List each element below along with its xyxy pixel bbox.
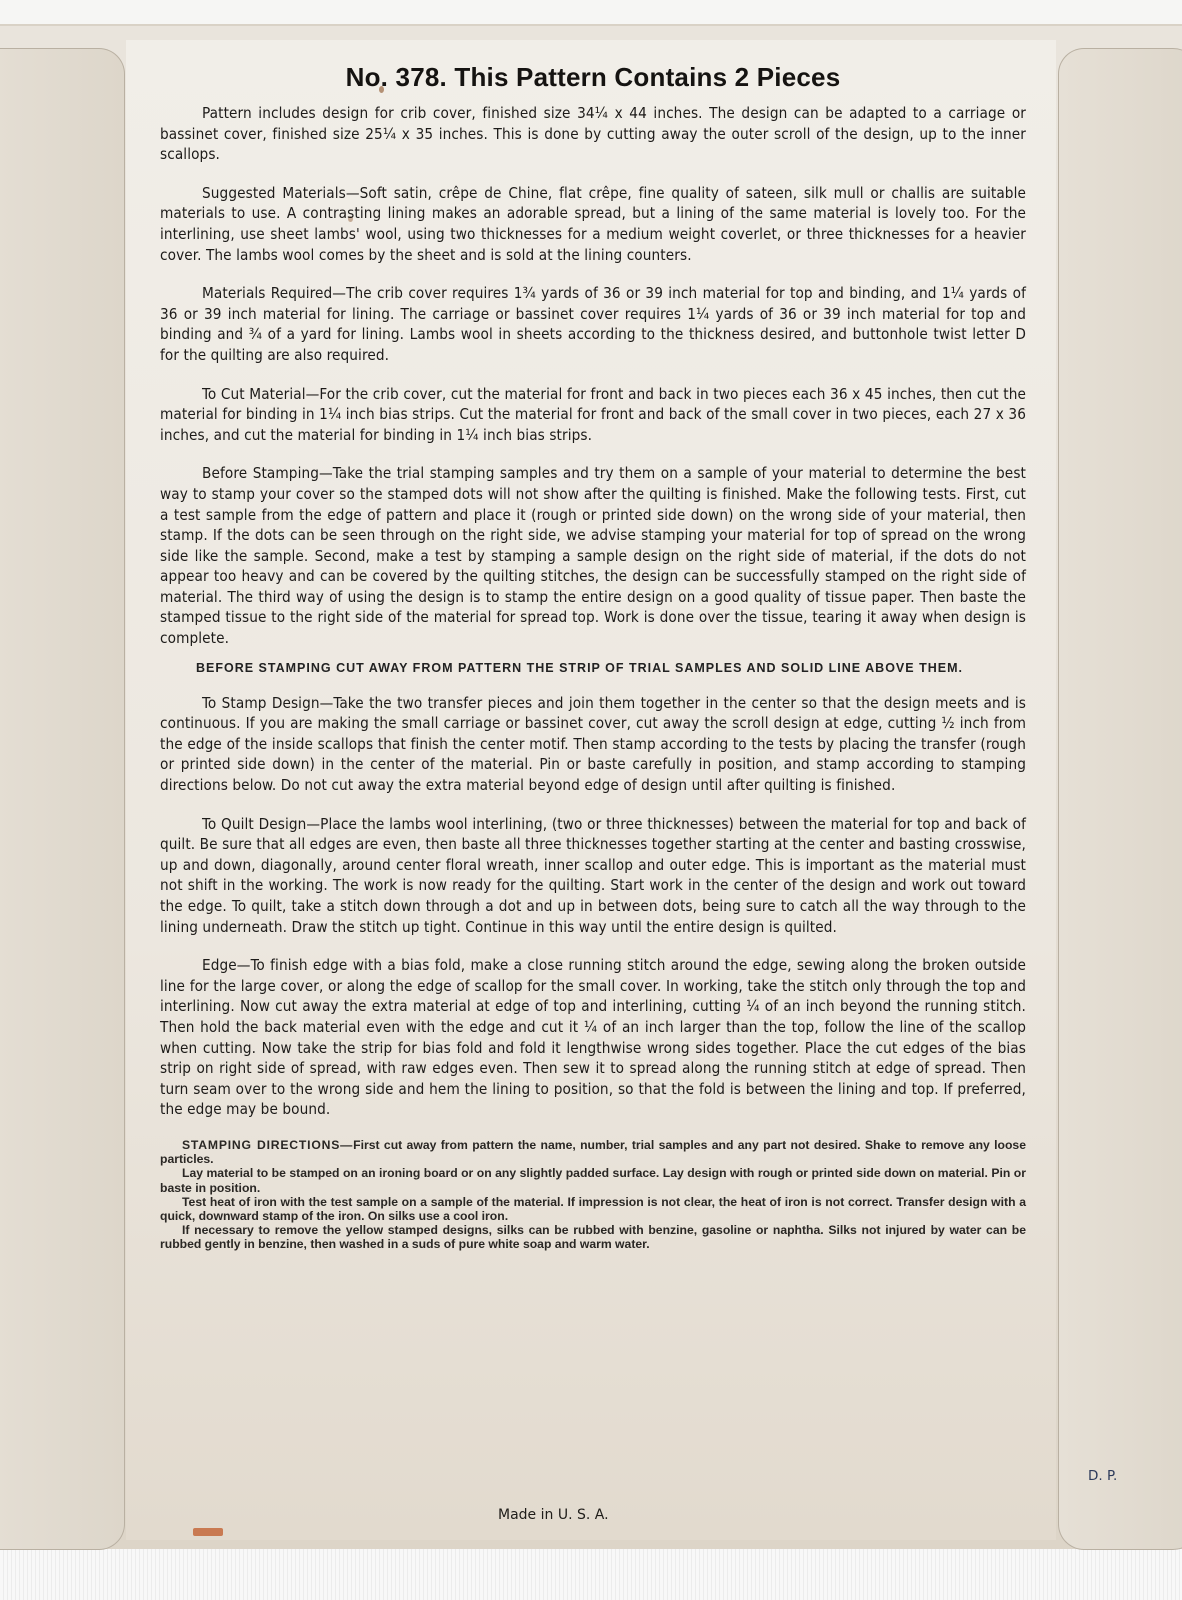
paragraph-heading: To Quilt Design— [202,815,320,833]
paragraph-heading: To Cut Material— [202,385,319,403]
pattern-title: No. 378. This Pattern Contains 2 Pieces [160,62,1026,93]
stamping-directions-heading: STAMPING DIRECTIONS— [182,1138,353,1152]
paragraph-text: Pattern includes design for crib cover, … [160,104,1026,163]
intro-paragraph: Pattern includes design for crib cover, … [160,103,1026,165]
stamp-design-paragraph: To Stamp Design—Take the two transfer pi… [160,693,1026,796]
before-stamping-paragraph: Before Stamping—Take the trial stamping … [160,463,1026,648]
left-envelope-flap [0,48,125,1550]
paragraph-heading: Materials Required— [202,284,346,302]
materials-required-paragraph: Materials Required—The crib cover requir… [160,283,1026,365]
stamping-directions-line: Test heat of iron with the test sample o… [160,1195,1026,1223]
stamping-directions-line: STAMPING DIRECTIONS—First cut away from … [160,1138,1026,1166]
stamping-directions-line: Lay material to be stamped on an ironing… [160,1166,1026,1194]
orange-tab-mark [193,1528,223,1536]
paragraph-heading: Before Stamping— [202,464,333,482]
paragraph-heading: To Stamp Design— [202,694,333,712]
cut-away-notice: BEFORE STAMPING CUT AWAY FROM PATTERN TH… [160,661,1026,675]
right-envelope-flap [1058,48,1182,1550]
edge-paragraph: Edge—To finish edge with a bias fold, ma… [160,955,1026,1120]
stamping-directions: STAMPING DIRECTIONS—First cut away from … [160,1138,1026,1252]
paragraph-text: Take the trial stamping samples and try … [160,464,1026,647]
cut-material-paragraph: To Cut Material—For the crib cover, cut … [160,384,1026,446]
paragraph-text: To finish edge with a bias fold, make a … [160,956,1026,1118]
stamping-directions-line: If necessary to remove the yellow stampe… [160,1223,1026,1251]
suggested-materials-paragraph: Suggested Materials—Soft satin, crêpe de… [160,183,1026,265]
document-body: No. 378. This Pattern Contains 2 Pieces … [160,62,1026,1252]
paragraph-heading: Edge— [202,956,251,974]
made-in-usa-footer: Made in U. S. A. [498,1507,609,1523]
paragraph-heading: Suggested Materials— [202,184,360,202]
quilt-design-paragraph: To Quilt Design—Place the lambs wool int… [160,814,1026,938]
background-fabric [0,1545,1182,1600]
corner-mark: D. P. [1088,1468,1117,1484]
